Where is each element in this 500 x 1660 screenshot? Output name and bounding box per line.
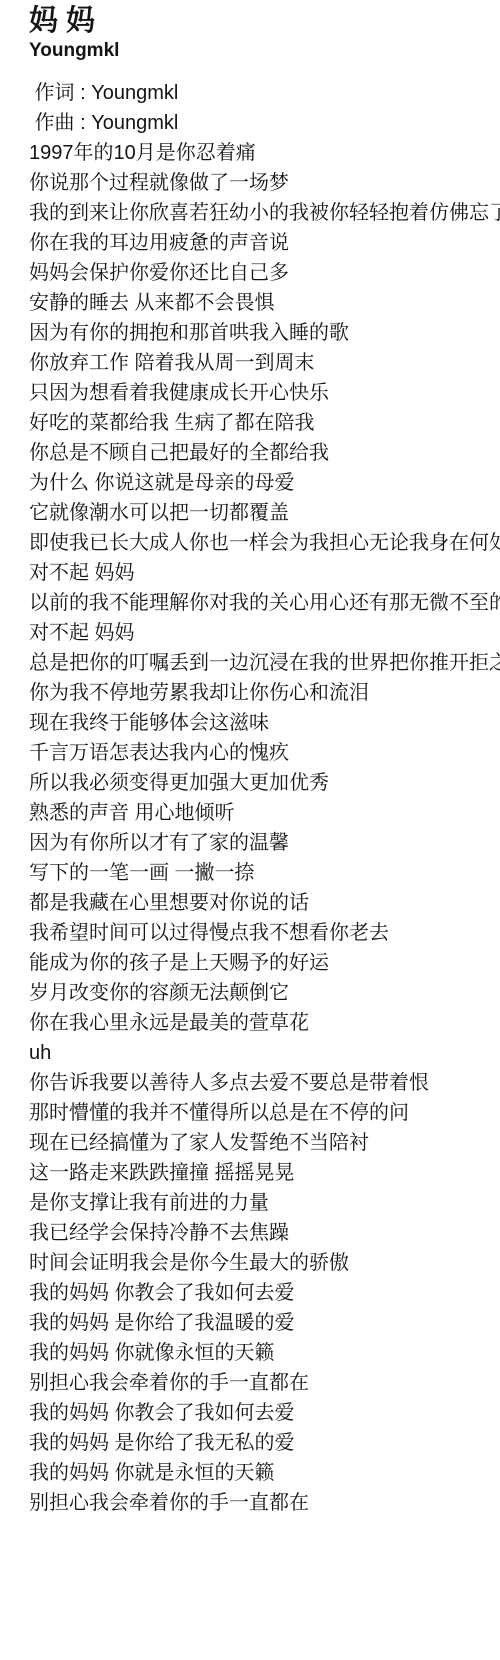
lyric-line: 时间会证明我会是你今生最大的骄傲 [29,1248,500,1278]
lyric-line: 我的妈妈 你教会了我如何去爱 [29,1278,500,1308]
lyric-line: 岁月改变你的容颜无法颠倒它 [29,978,500,1008]
song-title: 妈 妈 [29,4,500,39]
lyric-line: 你在我心里永远是最美的萱草花 [29,1008,500,1038]
lyric-line: 我的到来让你欣喜若狂幼小的我被你轻轻抱着仿佛忘了 [29,198,500,228]
lyric-line: 安静的睡去 从来都不会畏惧 [29,288,500,318]
lyric-line: 为什么 你说这就是母亲的母爱 [29,468,500,498]
lyric-line: 写下的一笔一画 一撇一捺 [29,858,500,888]
lyric-line: 我的妈妈 你就是永恒的天籁 [29,1458,500,1488]
artist-name: Youngmkl [29,39,500,63]
credit-line: 作词 : Youngmkl [29,78,500,108]
lyric-line: 千言万语怎表达我内心的愧疚 [29,738,500,768]
lyric-line: 都是我藏在心里想要对你说的话 [29,888,500,918]
lyric-line: 我的妈妈 你教会了我如何去爱 [29,1398,500,1428]
lyric-line: 妈妈会保护你爱你还比自己多 [29,258,500,288]
lyric-line: 对不起 妈妈 [29,558,500,588]
lyric-line: 别担心我会牵着你的手一直都在 [29,1488,500,1518]
lyrics-block: 作词 : Youngmkl 作曲 : Youngmkl1997年的10月是你忍着… [29,78,500,1518]
lyric-line: 能成为你的孩子是上天赐予的好运 [29,948,500,978]
lyric-line: 熟悉的声音 用心地倾听 [29,798,500,828]
lyric-line: 好吃的菜都给我 生病了都在陪我 [29,408,500,438]
lyric-line: 你说那个过程就像做了一场梦 [29,168,500,198]
lyric-line: 因为有你所以才有了家的温馨 [29,828,500,858]
lyric-line: 即使我已长大成人你也一样会为我担心无论我身在何处 [29,528,500,558]
lyric-line: 你放弃工作 陪着我从周一到周末 [29,348,500,378]
lyric-line: 你总是不顾自己把最好的全都给我 [29,438,500,468]
lyrics-page: 妈 妈 Youngmkl 作词 : Youngmkl 作曲 : Youngmkl… [0,0,500,1518]
lyric-line: 它就像潮水可以把一切都覆盖 [29,498,500,528]
lyric-line: 现在我终于能够体会这滋味 [29,708,500,738]
lyric-line: 这一路走来跌跌撞撞 摇摇晃晃 [29,1158,500,1188]
lyric-line: 你为我不停地劳累我却让你伤心和流泪 [29,678,500,708]
lyric-line: 我的妈妈 是你给了我温暖的爱 [29,1308,500,1338]
lyric-line: 你在我的耳边用疲惫的声音说 [29,228,500,258]
lyric-line: 你告诉我要以善待人多点去爱不要总是带着恨 [29,1068,500,1098]
lyric-line: 1997年的10月是你忍着痛 [29,138,500,168]
lyric-line: 我希望时间可以过得慢点我不想看你老去 [29,918,500,948]
lyric-line: 只因为想看着我健康成长开心快乐 [29,378,500,408]
lyric-line: 总是把你的叮嘱丢到一边沉浸在我的世界把你推开拒之 [29,648,500,678]
lyric-line: uh [29,1038,500,1068]
credit-line: 作曲 : Youngmkl [29,108,500,138]
lyric-line: 别担心我会牵着你的手一直都在 [29,1368,500,1398]
lyric-line: 对不起 妈妈 [29,618,500,648]
lyric-line: 因为有你的拥抱和那首哄我入睡的歌 [29,318,500,348]
lyric-line: 我已经学会保持冷静不去焦躁 [29,1218,500,1248]
lyric-line: 以前的我不能理解你对我的关心用心还有那无微不至的 [29,588,500,618]
lyric-line: 我的妈妈 是你给了我无私的爱 [29,1428,500,1458]
lyric-line: 所以我必须变得更加强大更加优秀 [29,768,500,798]
lyric-line: 那时懵懂的我并不懂得所以总是在不停的问 [29,1098,500,1128]
lyric-line: 现在已经搞懂为了家人发誓绝不当陪衬 [29,1128,500,1158]
lyric-line: 是你支撑让我有前进的力量 [29,1188,500,1218]
lyric-line: 我的妈妈 你就像永恒的天籁 [29,1338,500,1368]
